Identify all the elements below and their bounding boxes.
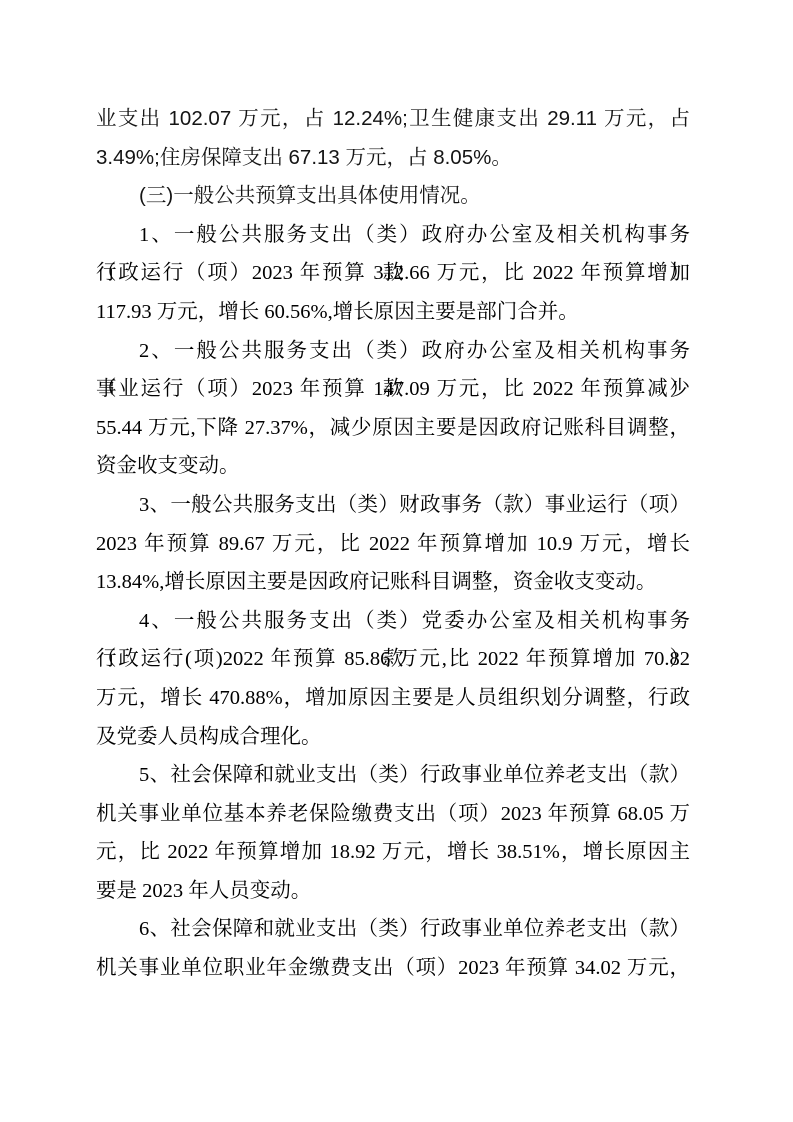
section-heading-line-1: (三)一般公共预算支出具体使用情况。	[96, 177, 690, 216]
item-6-line-2: 机关事业单位职业年金缴费支出（项）2023 年预算 34.02 万元，	[96, 949, 690, 988]
item-1: 1、一般公共服务支出（类）政府办公室及相关机构事务（款）行政运行（项）2023 …	[96, 216, 690, 332]
item-1-line-1: 1、一般公共服务支出（类）政府办公室及相关机构事务（款）	[96, 216, 690, 255]
item-3-line-3: 13.84%,增长原因主要是因政府记账科目调整，资金收支变动。	[96, 563, 690, 602]
item-1-line-2: 行政运行（项）2023 年预算 312.66 万元，比 2022 年预算增加	[96, 254, 690, 293]
item-5-line-2: 机关事业单位基本养老保险缴费支出（项）2023 年预算 68.05 万	[96, 795, 690, 834]
intro-paragraph-continued: 业支出 102.07 万元，占 12.24%;卫生健康支出 29.11 万元，占…	[96, 100, 690, 177]
item-1-line-3: 117.93 万元，增长 60.56%,增长原因主要是部门合并。	[96, 293, 690, 332]
item-4-line-3: 万元，增长 470.88%，增加原因主要是人员组织划分调整，行政	[96, 679, 690, 718]
item-5-line-4: 要是 2023 年人员变动。	[96, 872, 690, 911]
item-3-line-1: 3、一般公共服务支出（类）财政事务（款）事业运行（项）	[96, 486, 690, 525]
item-2: 2、一般公共服务支出（类）政府办公室及相关机构事务（款）事业运行（项）2023 …	[96, 332, 690, 486]
document-page: 业支出 102.07 万元，占 12.24%;卫生健康支出 29.11 万元，占…	[0, 0, 793, 1122]
item-4: 4、一般公共服务支出（类）党委办公室及相关机构事务（款）行政运行(项)2022 …	[96, 602, 690, 756]
item-5-line-1: 5、社会保障和就业支出（类）行政事业单位养老支出（款）	[96, 756, 690, 795]
item-3: 3、一般公共服务支出（类）财政事务（款）事业运行（项）2023 年预算 89.6…	[96, 486, 690, 602]
item-2-line-1: 2、一般公共服务支出（类）政府办公室及相关机构事务（款）	[96, 332, 690, 371]
item-2-line-4: 资金收支变动。	[96, 447, 690, 486]
item-6: 6、社会保障和就业支出（类）行政事业单位养老支出（款）机关事业单位职业年金缴费支…	[96, 910, 690, 987]
intro-paragraph-continued-line-1: 业支出 102.07 万元，占 12.24%;卫生健康支出 29.11 万元，占	[96, 100, 690, 139]
item-4-line-4: 及党委人员构成合理化。	[96, 718, 690, 757]
intro-paragraph-continued-line-2: 3.49%;住房保障支出 67.13 万元，占 8.05%。	[96, 139, 690, 178]
item-6-line-1: 6、社会保障和就业支出（类）行政事业单位养老支出（款）	[96, 910, 690, 949]
item-4-line-2: 行政运行(项)2022 年预算 85.86 万元,比 2022 年预算增加 70…	[96, 640, 690, 679]
document-text-block: 业支出 102.07 万元，占 12.24%;卫生健康支出 29.11 万元，占…	[96, 100, 690, 988]
item-2-line-2: 事业运行（项）2023 年预算 147.09 万元，比 2022 年预算减少	[96, 370, 690, 409]
item-4-line-1: 4、一般公共服务支出（类）党委办公室及相关机构事务（款）	[96, 602, 690, 641]
item-5: 5、社会保障和就业支出（类）行政事业单位养老支出（款）机关事业单位基本养老保险缴…	[96, 756, 690, 910]
item-2-line-3: 55.44 万元,下降 27.37%，减少原因主要是因政府记账科目调整，	[96, 409, 690, 448]
item-5-line-3: 元，比 2022 年预算增加 18.92 万元，增长 38.51%，增长原因主	[96, 833, 690, 872]
section-heading: (三)一般公共预算支出具体使用情况。	[96, 177, 690, 216]
item-3-line-2: 2023 年预算 89.67 万元，比 2022 年预算增加 10.9 万元，增…	[96, 525, 690, 564]
